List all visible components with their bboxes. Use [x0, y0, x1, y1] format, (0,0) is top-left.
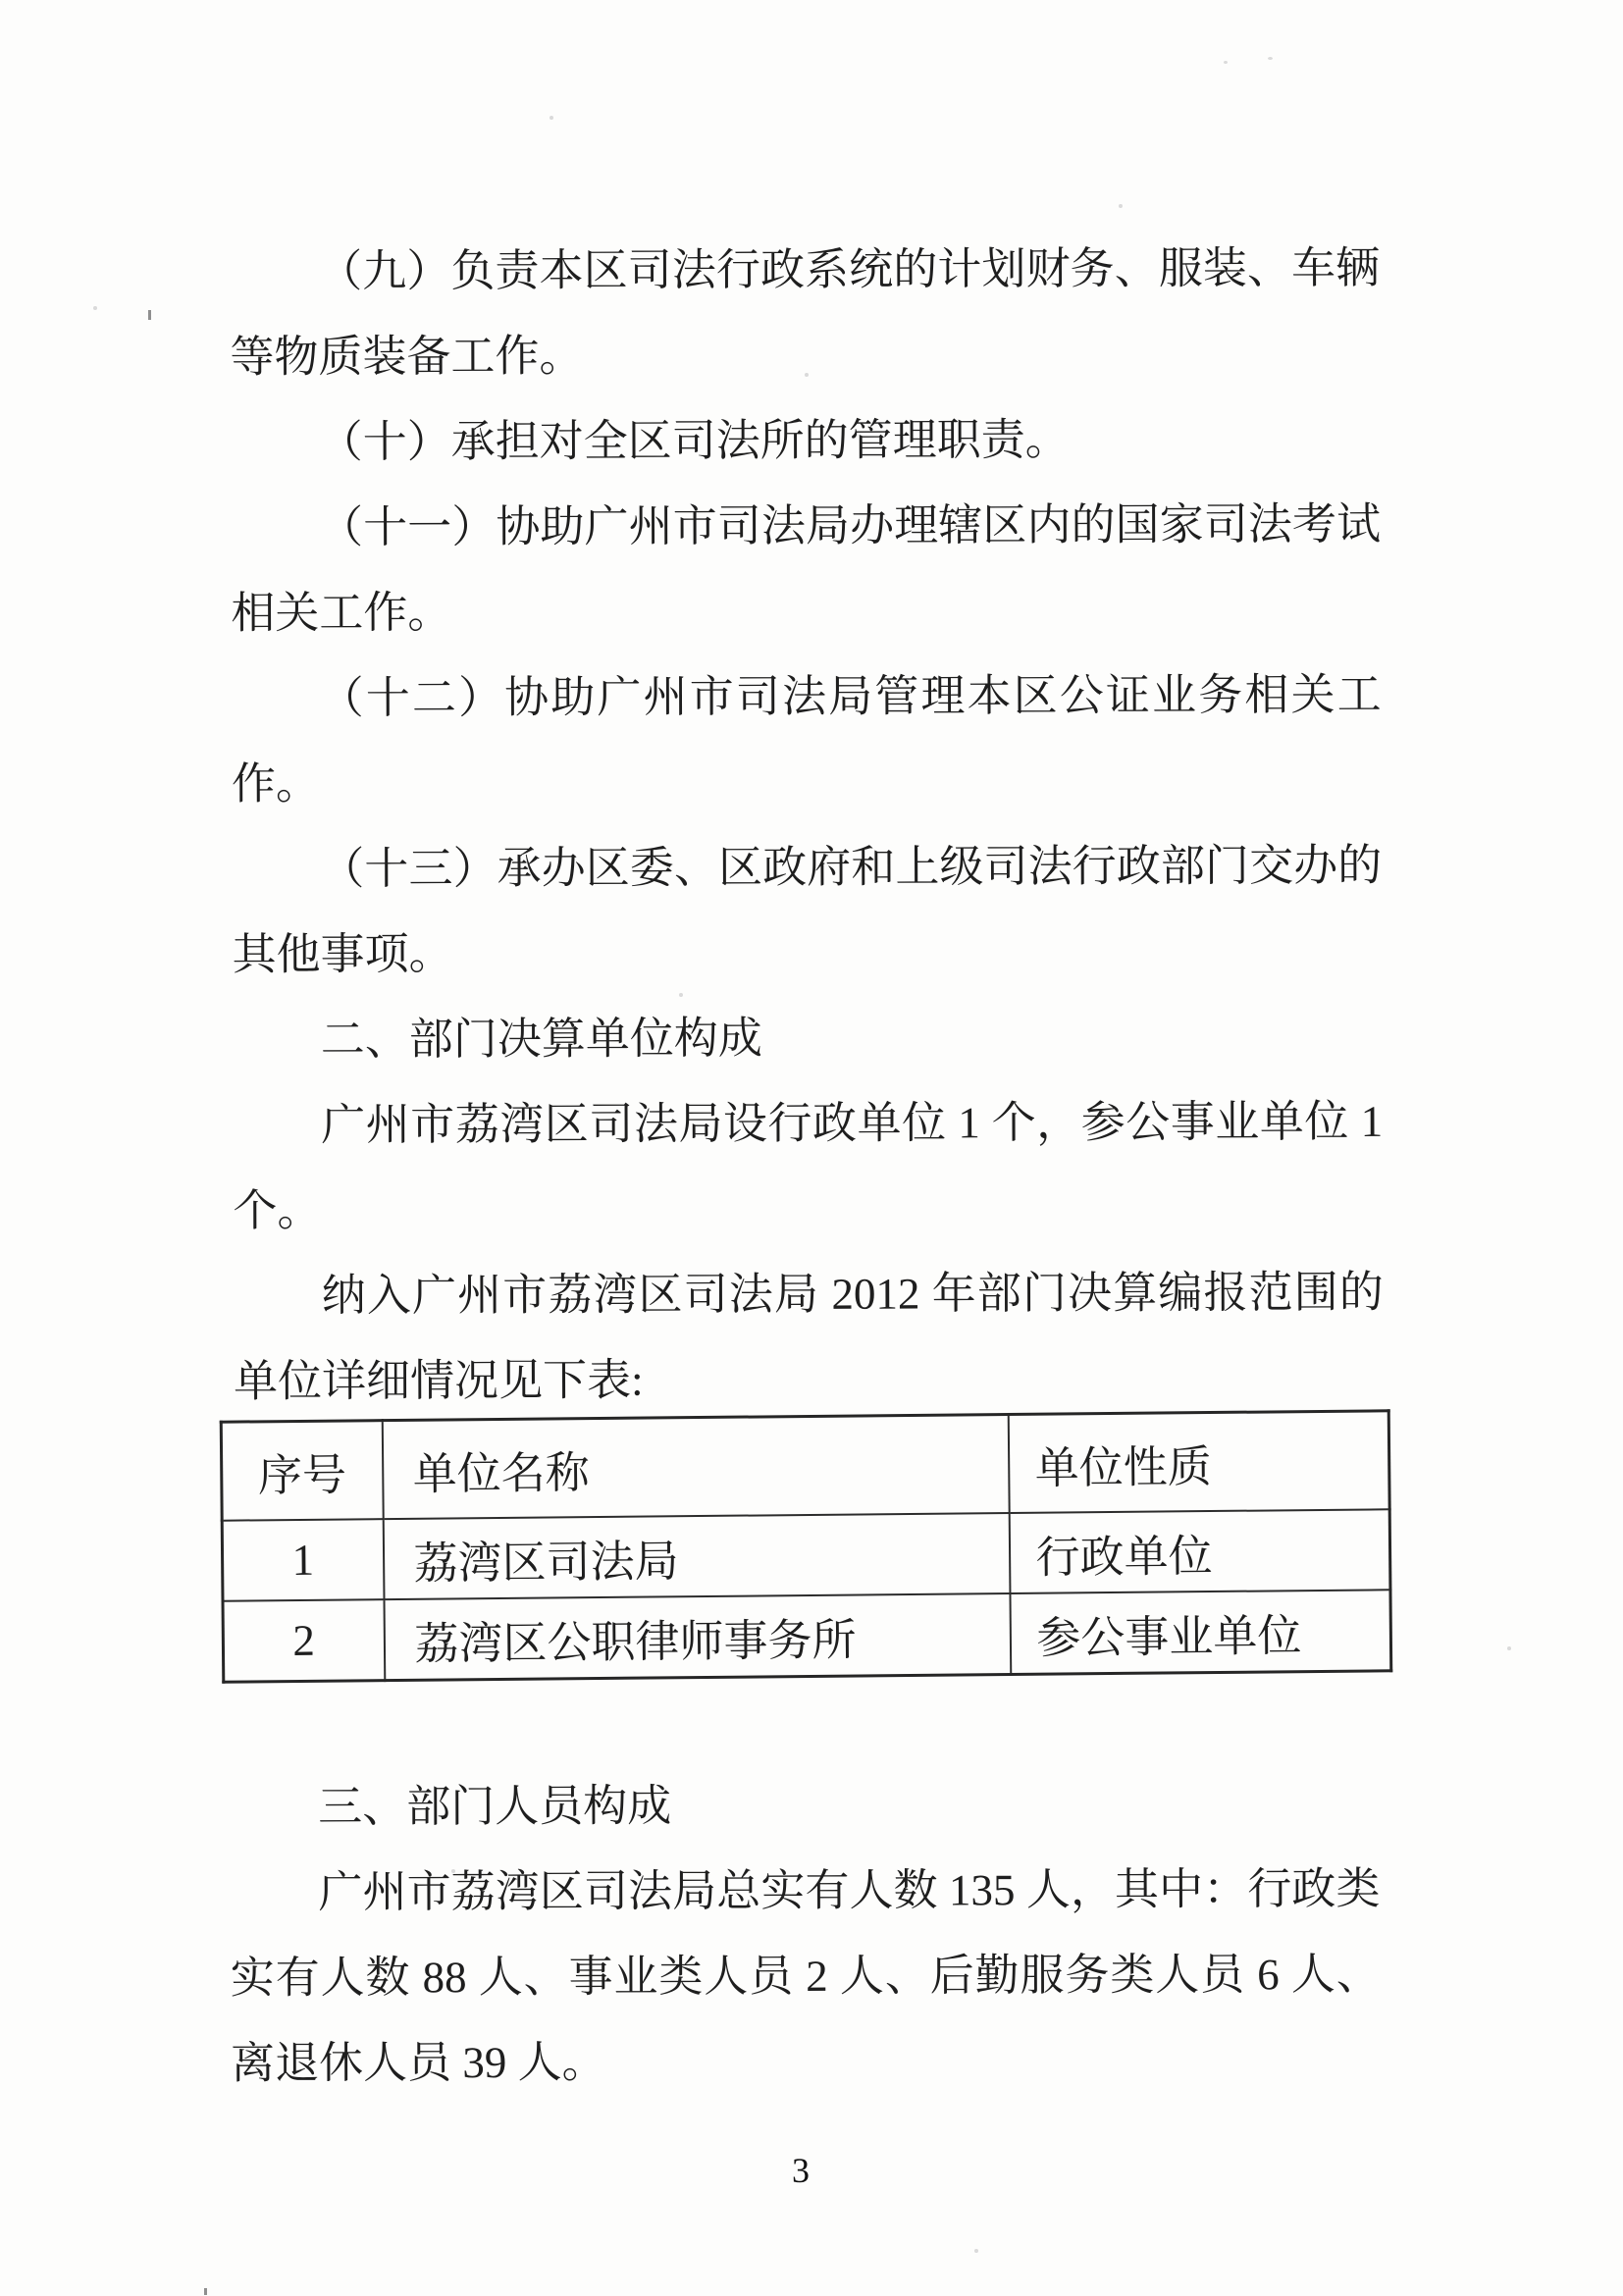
cell-unit-name: 荔湾区司法局 [383, 1513, 1010, 1599]
clause-13-line-2: 其他事项。 [232, 909, 1382, 998]
scope-paragraph-line-1: 纳入广州市荔湾区司法局 2012 年部门决算编报范围的 [234, 1250, 1384, 1339]
cell-unit-type: 参公事业单位 [1010, 1590, 1391, 1674]
scan-speckle [974, 2249, 978, 2253]
clause-12-line-2: 作。 [232, 738, 1382, 827]
scan-speckle [550, 116, 553, 120]
scan-speckle [1224, 61, 1228, 64]
table-row: 2 荔湾区公职律师事务所 参公事业单位 [223, 1590, 1391, 1682]
clause-10-line: （十）承担对全区司法所的管理职责。 [231, 396, 1381, 486]
section-heading-3: 三、部门人员构成 [230, 1761, 1380, 1851]
scan-speckle [679, 993, 683, 997]
units-paragraph-line-2: 个。 [233, 1165, 1383, 1254]
scan-speckle [805, 373, 809, 377]
clause-9-line-2: 等物质装备工作。 [230, 311, 1380, 400]
clause-12-line-1: （十二）协助广州市司法局管理本区公证业务相关工 [232, 652, 1382, 742]
decision-units-table: 序号 单位名称 单位性质 1 荔湾区司法局 行政单位 2 荔湾区公职律师事务所 … [220, 1409, 1393, 1683]
text-block-upper: （九）负责本区司法行政系统的计划财务、服装、车辆 等物质装备工作。 （十）承担对… [230, 226, 1384, 1425]
staff-paragraph-line-2: 实有人数 88 人、事业类人员 2 人、后勤服务类人员 6 人、 [231, 1932, 1381, 2021]
table-row: 1 荔湾区司法局 行政单位 [222, 1509, 1390, 1600]
cell-index: 2 [223, 1599, 385, 1682]
table-header-row: 序号 单位名称 单位性质 [221, 1411, 1389, 1521]
page-number: 3 [0, 2151, 1612, 2190]
scan-speckle [1119, 204, 1123, 208]
cell-unit-name: 荔湾区公职律师事务所 [384, 1593, 1011, 1681]
header-cell-unit-type: 单位性质 [1008, 1411, 1389, 1513]
clause-9-line-1: （九）负责本区司法行政系统的计划财务、服装、车辆 [230, 226, 1380, 315]
staff-paragraph-line-3: 离退休人员 39 人。 [231, 2017, 1381, 2107]
scanned-document-page: （九）负责本区司法行政系统的计划财务、服装、车辆 等物质装备工作。 （十）承担对… [0, 0, 1623, 2296]
scan-speckle [1507, 1646, 1511, 1650]
scan-speckle [451, 1869, 455, 1873]
scan-speckle [93, 306, 97, 310]
scan-speckle [1268, 57, 1273, 60]
clause-13-line-1: （十三）承办区委、区政府和上级司法行政部门交办的 [232, 823, 1382, 913]
clause-11-line-1: （十一）协助广州市司法局办理辖区内的国家司法考试 [231, 482, 1381, 571]
scan-mark [148, 310, 151, 320]
staff-paragraph-line-1: 广州市荔湾区司法局总实有人数 135 人，其中：行政类 [230, 1847, 1380, 1936]
clause-11-line-2: 相关工作。 [231, 567, 1381, 656]
cell-index: 1 [222, 1519, 384, 1601]
scan-mark [204, 2288, 207, 2295]
text-block-lower: 三、部门人员构成 广州市荔湾区司法局总实有人数 135 人，其中：行政类 实有人… [230, 1761, 1381, 2107]
units-paragraph-line-1: 广州市荔湾区司法局设行政单位 1 个，参公事业单位 1 [233, 1079, 1383, 1169]
cell-unit-type: 行政单位 [1009, 1509, 1390, 1593]
header-cell-unit-name: 单位名称 [382, 1415, 1009, 1520]
section-heading-2: 二、部门决算单位构成 [233, 994, 1383, 1083]
header-cell-index: 序号 [221, 1421, 383, 1521]
